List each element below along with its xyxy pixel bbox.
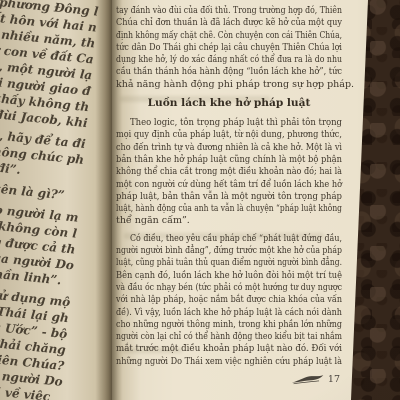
text-line: luật, hành động của anh ta vẫn là chuyện…	[116, 203, 342, 215]
text-line: một con người cứ dùng hết tâm trí để luồ…	[116, 179, 342, 191]
text-line: cầu thần thánh hóa hành động “luồn lách …	[116, 66, 342, 78]
text-line: và đầu óc nhạy bén (tức phải có một hướn…	[116, 282, 342, 294]
right-page-text: tay đánh vào đùi của đối thủ. Trong trườ…	[116, 5, 342, 386]
text-line: tay đánh vào đùi của đối thủ. Trong trườ…	[116, 5, 342, 17]
photo-of-open-book: ng qua phương Đông l h, sau đó kết hôn v…	[0, 0, 400, 400]
quill-flourish-icon	[291, 374, 325, 386]
text-line: Có điều, theo yêu cầu pháp chế “phát luậ…	[116, 233, 342, 245]
text-line: người còn lại chỉ có thể hành động theo …	[116, 331, 342, 343]
text-line: với nhà lập pháp, hoặc nắm bắt được chia…	[116, 294, 342, 306]
text-line: mọi quy định của pháp luật, từ nội dung,…	[116, 129, 342, 141]
text-line: định không mấy chặt chẽ. Còn chuyện con …	[116, 30, 342, 42]
text-line: dụng khe hở, lý do xác đáng nhất có thể …	[116, 54, 342, 66]
page-footer: 17	[116, 374, 342, 386]
page-number: 17	[328, 374, 340, 386]
text-line: tức dân Do Thái ghi chép lại câu chuyện …	[116, 42, 342, 54]
section-heading: Luồn lách khe hở pháp luật	[116, 97, 342, 110]
text-line: Theo logic, tôn trọng pháp luật thì phải…	[116, 117, 342, 129]
text-line: Chúa chỉ đơn thuần là đã lách được kẽ hở…	[116, 17, 342, 29]
text-line: những người Do Thái xem việc nghiên cứu …	[116, 356, 342, 368]
left-page-text: ng qua phương Đông l h, sau đó kết hôn v…	[0, 0, 102, 400]
text-line: người người bình đẳng”, đứng trước một k…	[116, 245, 342, 257]
text-line: khả năng hành động phi pháp trong sự hợp…	[116, 79, 342, 91]
text-line: đề). Vì vậy, luồn lách khe hở pháp luật …	[116, 307, 342, 319]
text-line: cho đến trình tự và đương nhiên là cả kh…	[116, 142, 342, 154]
text-line: thể ngăn cấm”.	[116, 215, 342, 227]
text-line: cho những người thông minh, trong khi ph…	[116, 319, 342, 331]
text-line: không thể chia cắt trong một điều khoản …	[116, 166, 342, 178]
text-line: mắt trước một điều khoản pháp luật nào đ…	[116, 343, 342, 355]
open-book: ng qua phương Đông l h, sau đó kết hôn v…	[0, 0, 400, 400]
text-line: bản thân khe hở pháp luật cũng chính là …	[116, 154, 342, 166]
text-line: luật, cũng phải tuân thủ quan điểm người…	[116, 257, 342, 269]
text-line: pháp luật, bản thân vẫn là một người tôn…	[116, 191, 342, 203]
left-page: ng qua phương Đông l h, sau đó kết hôn v…	[0, 0, 112, 400]
text-line: Bên cạnh đó, luồn lách khe hở luôn đòi h…	[116, 270, 342, 282]
